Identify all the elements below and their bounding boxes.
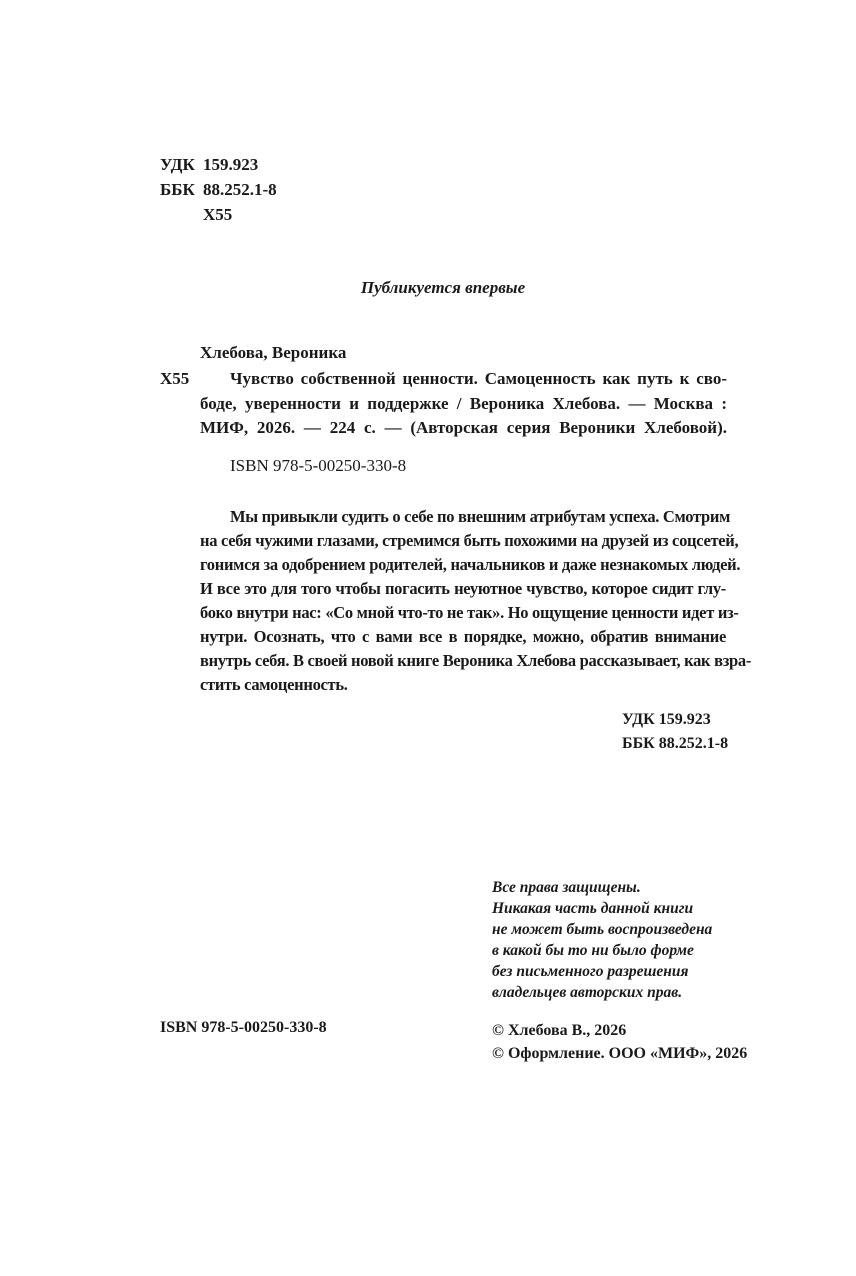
annotation-line: Мы привыкли судить о себе по внешним атр… bbox=[230, 507, 726, 527]
catalog-author-mark: Х55 bbox=[160, 369, 189, 389]
classification-block-top: УДК 159.923 ББК 88.252.1-8 Х55 bbox=[160, 152, 277, 227]
annotation-line: стить самоценность. bbox=[200, 675, 348, 695]
bbk-label: ББК bbox=[160, 177, 203, 202]
annotation-line: боко внутри нас: «Со мной что-то не так»… bbox=[200, 603, 726, 623]
copyright-block: © Хлебова В., 2026 © Оформление. ООО «МИ… bbox=[492, 1019, 747, 1065]
bbk-right: ББК 88.252.1-8 bbox=[622, 732, 728, 756]
rights-line: в какой бы то ни было форме bbox=[492, 940, 712, 961]
rights-notice: Все права защищены. Никакая часть данной… bbox=[492, 877, 712, 1003]
footer-isbn: ISBN 978-5-00250-330-8 bbox=[160, 1019, 327, 1037]
publication-note: Публикуется впервые bbox=[0, 278, 856, 298]
author-mark-top: Х55 bbox=[160, 202, 277, 227]
rights-line: не может быть воспроизведена bbox=[492, 919, 712, 940]
catalog-author: Хлебова, Вероника bbox=[200, 343, 346, 363]
rights-line: владельцев авторских прав. bbox=[492, 982, 712, 1003]
copyright-design: © Оформление. ООО «МИФ», 2026 bbox=[492, 1042, 747, 1065]
annotation-line: на себя чужими глазами, стремимся быть п… bbox=[200, 531, 726, 551]
bbk-row: ББК 88.252.1-8 bbox=[160, 177, 277, 202]
annotation-line: И все это для того чтобы погасить неуютн… bbox=[200, 579, 726, 599]
catalog-isbn: ISBN 978-5-00250-330-8 bbox=[230, 456, 406, 476]
bbk-value: 88.252.1-8 bbox=[203, 177, 277, 202]
rights-line: Никакая часть данной книги bbox=[492, 898, 712, 919]
copyright-author: © Хлебова В., 2026 bbox=[492, 1019, 747, 1042]
annotation-line: внутрь себя. В своей новой книге Вероник… bbox=[200, 651, 726, 671]
rights-line: Все права защищены. bbox=[492, 877, 712, 898]
udk-row: УДК 159.923 bbox=[160, 152, 277, 177]
classification-block-right: УДК 159.923 ББК 88.252.1-8 bbox=[622, 708, 728, 756]
catalog-line: Чувство собственной ценности. Самоценнос… bbox=[230, 369, 727, 389]
udk-label: УДК bbox=[160, 152, 203, 177]
catalog-line: МИФ, 2026. — 224 с. — (Авторская серия В… bbox=[200, 418, 727, 438]
rights-line: без письменного разрешения bbox=[492, 961, 712, 982]
udk-right: УДК 159.923 bbox=[622, 708, 728, 732]
annotation-line: гонимся за одобрением родителей, начальн… bbox=[200, 555, 726, 575]
annotation-line: нутри. Осознать, что с вами все в порядк… bbox=[200, 627, 726, 647]
catalog-line: боде, уверенности и поддержке / Вероника… bbox=[200, 394, 727, 414]
udk-value: 159.923 bbox=[203, 152, 258, 177]
